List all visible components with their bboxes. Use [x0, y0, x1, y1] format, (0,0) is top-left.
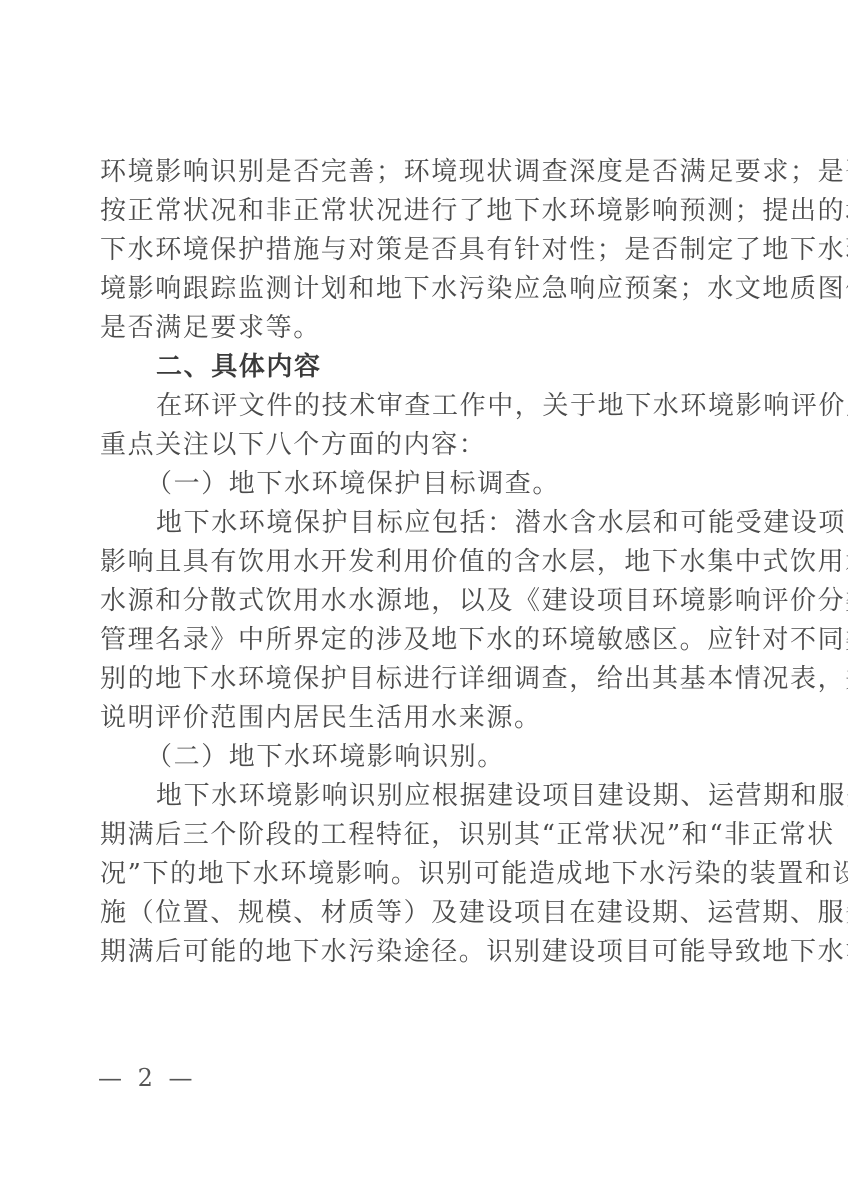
paragraph-line: 地下水环境影响识别应根据建设项目建设期、运营期和服务	[100, 777, 772, 816]
paragraph-line: 说明评价范围内居民生活用水来源。	[100, 699, 772, 738]
paragraph-line: 别的地下水环境保护目标进行详细调查，给出其基本情况表，并	[100, 660, 772, 699]
paragraph-line: 地下水环境保护目标应包括：潜水含水层和可能受建设项目	[100, 504, 772, 543]
paragraph-line: 在环评文件的技术审查工作中，关于地下水环境影响评价应	[100, 387, 772, 426]
paragraph-line: 环境影响识别是否完善；环境现状调查深度是否满足要求；是否	[100, 153, 772, 192]
page-number: — 2 —	[98, 1064, 197, 1092]
paragraph-line: 水源和分散式饮用水水源地，以及《建设项目环境影响评价分类	[100, 582, 772, 621]
section-heading: 二、具体内容	[100, 348, 772, 387]
subsection-title: （二）地下水环境影响识别。	[100, 738, 772, 777]
paragraph-line: 是否满足要求等。	[100, 309, 772, 348]
paragraph-line: 重点关注以下八个方面的内容：	[100, 426, 772, 465]
paragraph-line: 境影响跟踪监测计划和地下水污染应急响应预案；水文地质图件	[100, 270, 772, 309]
paragraph-line: 下水环境保护措施与对策是否具有针对性；是否制定了地下水环	[100, 231, 772, 270]
subsection-title: （一）地下水环境保护目标调查。	[100, 465, 772, 504]
paragraph-line: 期满后可能的地下水污染途径。识别建设项目可能导致地下水污	[100, 933, 772, 972]
paragraph-line: 期满后三个阶段的工程特征，识别其“正常状况”和“非正常状	[100, 816, 772, 855]
paragraph-line: 管理名录》中所界定的涉及地下水的环境敏感区。应针对不同类	[100, 621, 772, 660]
paragraph-line: 况”下的地下水环境影响。识别可能造成地下水污染的装置和设	[100, 855, 772, 894]
paragraph-line: 按正常状况和非正常状况进行了地下水环境影响预测；提出的地	[100, 192, 772, 231]
paragraph-line: 施（位置、规模、材质等）及建设项目在建设期、运营期、服务	[100, 894, 772, 933]
document-body: 环境影响识别是否完善；环境现状调查深度是否满足要求；是否 按正常状况和非正常状况…	[100, 153, 772, 972]
paragraph-line: 影响且具有饮用水开发利用价值的含水层，地下水集中式饮用水	[100, 543, 772, 582]
